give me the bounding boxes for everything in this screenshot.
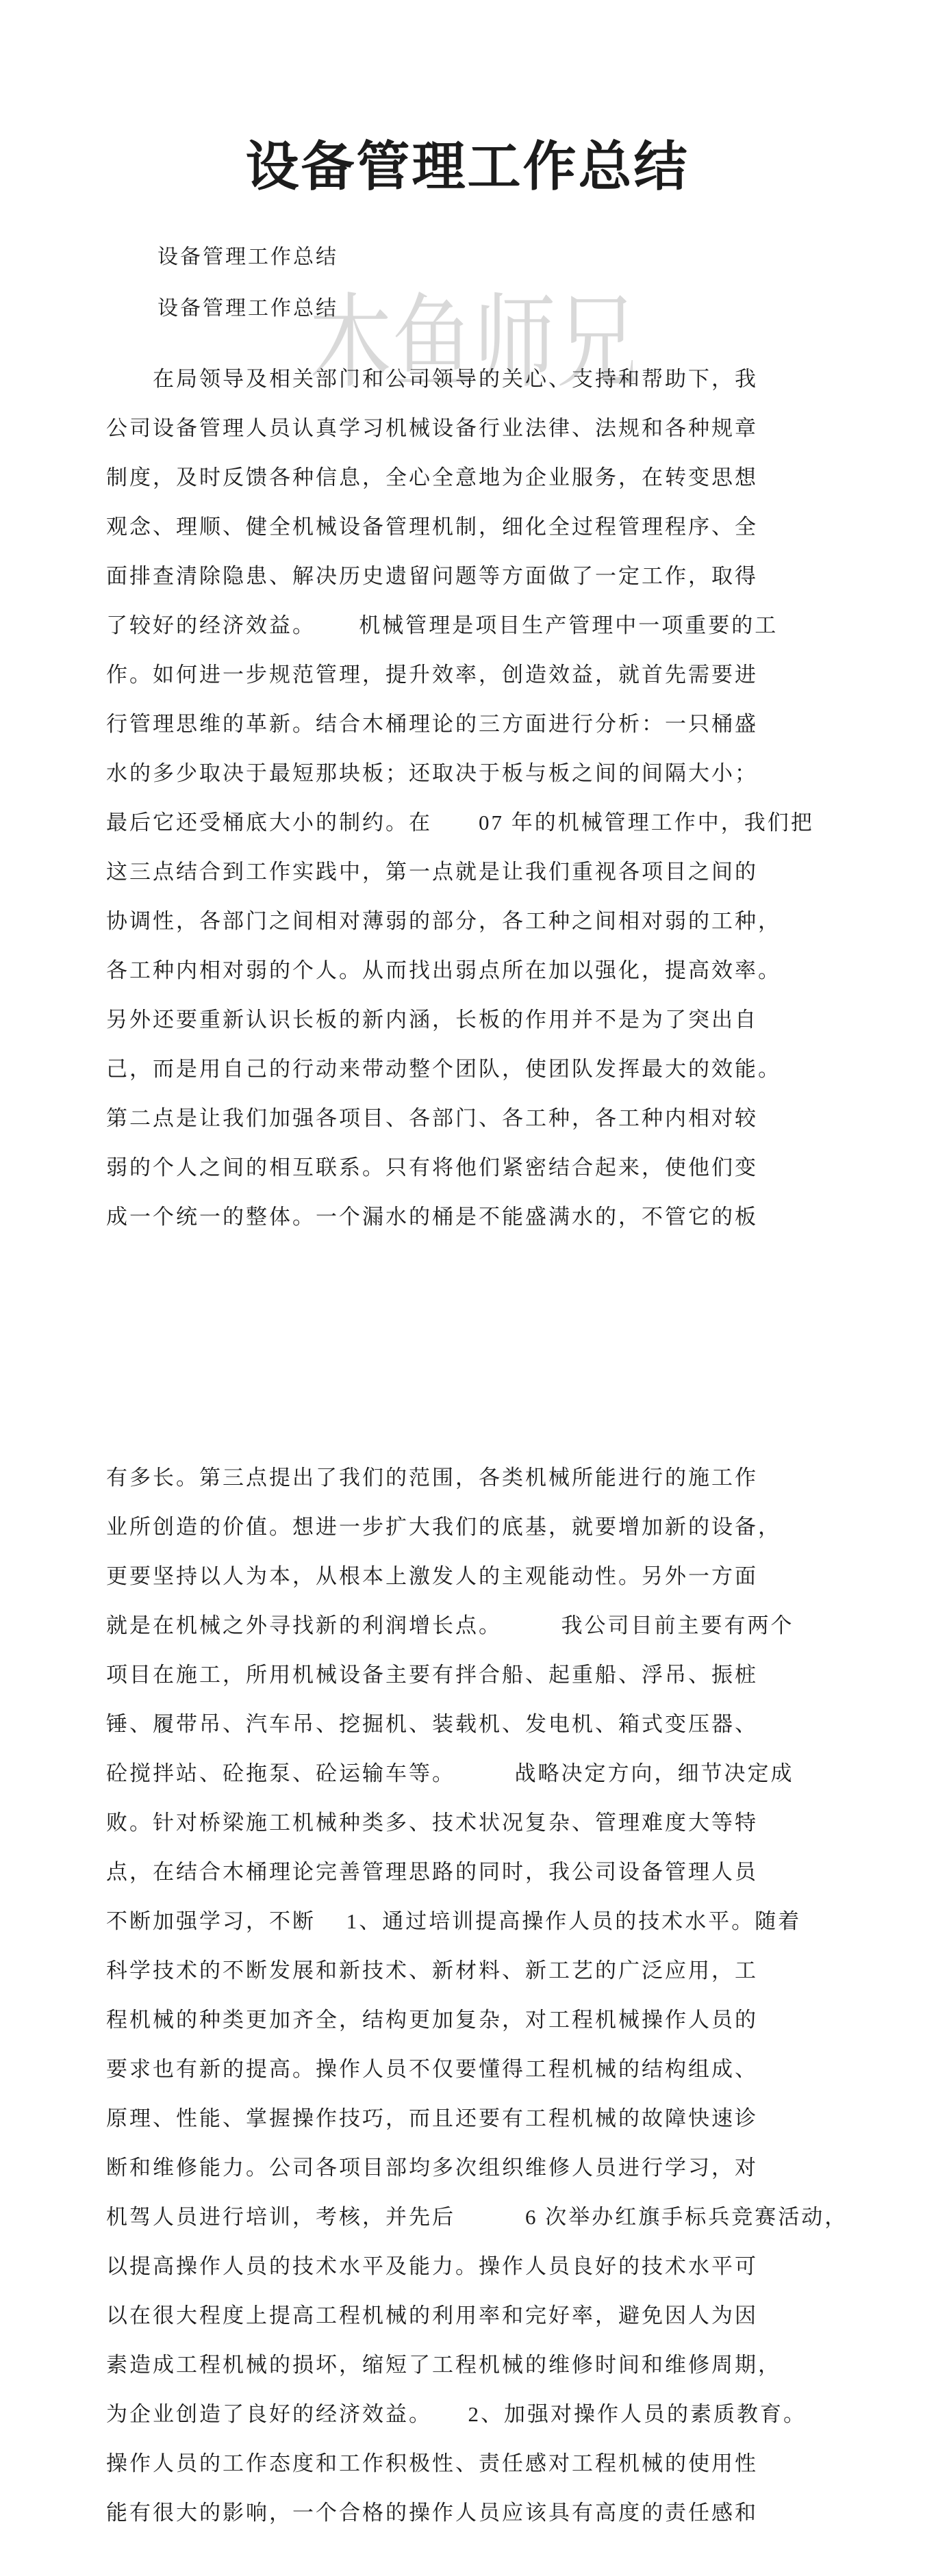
text-line: 项目在施工，所用机械设备主要有拌合船、起重船、浮吊、振桩 <box>106 1650 829 1700</box>
text-line: 断和维修能力。公司各项目部均多次组织维修人员进行学习，对 <box>106 2143 829 2193</box>
text-line: 原理、性能、掌握操作技巧，而且还要有工程机械的故障快速诊 <box>106 2094 829 2143</box>
text-line: 弱的个人之间的相互联系。只有将他们紧密结合起来，使他们变 <box>106 1143 829 1193</box>
text-line: 有多长。第三点提出了我们的范围，各类机械所能进行的施工作 <box>106 1453 829 1503</box>
text-line: 业所创造的价值。想进一步扩大我们的底基，就要增加新的设备， <box>106 1503 829 1552</box>
text-line: 科学技术的不断发展和新技术、新材料、新工艺的广泛应用，工 <box>106 1946 829 1995</box>
text-line: 了较好的经济效益。 机械管理是项目生产管理中一项重要的工 <box>106 601 829 650</box>
text-line: 面排查清除隐患、解决历史遗留问题等方面做了一定工作，取得 <box>106 552 829 601</box>
text-line: 素造成工程机械的损坏，缩短了工程机械的维修时间和维修周期， <box>106 2341 829 2390</box>
text-line: 制度，及时反馈各种信息，全心全意地为企业服务，在转变思想 <box>106 453 829 502</box>
text-line: 这三点结合到工作实践中，第一点就是让我们重视各项目之间的 <box>106 847 829 897</box>
text-line: 协调性，各部门之间相对薄弱的部分，各工种之间相对弱的工种， <box>106 897 829 946</box>
text-line: 为企业创造了良好的经济效益。 2、加强对操作人员的素质教育。 <box>106 2390 829 2439</box>
text-line: 成一个统一的整体。一个漏水的桶是不能盛满水的，不管它的板 <box>106 1193 829 1242</box>
text-line: 程机械的种类更加齐全，结构更加复杂，对工程机械操作人员的 <box>106 1995 829 2045</box>
document-content: 设备管理工作总结 设备管理工作总结 设备管理工作总结 在局领导及相关部门和公司领… <box>0 133 936 2538</box>
subtitle-line-1: 设备管理工作总结 <box>106 242 829 272</box>
text-line: 作。如何进一步规范管理，提升效率，创造效益，就首先需要进 <box>106 650 829 700</box>
text-line: 要求也有新的提高。操作人员不仅要懂得工程机械的结构组成、 <box>106 2045 829 2094</box>
text-line: 行管理思维的革新。结合木桶理论的三方面进行分析：一只桶盛 <box>106 700 829 749</box>
document-page: 木鱼师兄 设备管理工作总结 设备管理工作总结 设备管理工作总结 在局领导及相关部… <box>0 0 936 2576</box>
text-line: 不断加强学习，不断 1、通过培训提高操作人员的技术水平。随着 <box>106 1897 829 1946</box>
text-line: 公司设备管理人员认真学习机械设备行业法律、法规和各种规章 <box>106 404 829 453</box>
text-line: 点，在结合木桶理论完善管理思路的同时，我公司设备管理人员 <box>106 1848 829 1897</box>
text-line: 第二点是让我们加强各项目、各部门、各工种，各工种内相对较 <box>106 1094 829 1143</box>
text-line: 水的多少取决于最短那块板；还取决于板与板之间的间隔大小； <box>106 749 829 798</box>
text-line: 操作人员的工作态度和工作积极性、责任感对工程机械的使用性 <box>106 2439 829 2488</box>
text-line: 最后它还受桶底大小的制约。在 07 年的机械管理工作中，我们把 <box>106 798 829 847</box>
text-line: 己，而是用自己的行动来带动整个团队，使团队发挥最大的效能。 <box>106 1045 829 1094</box>
text-line: 各工种内相对弱的个人。从而找出弱点所在加以强化，提高效率。 <box>106 946 829 995</box>
text-line: 在局领导及相关部门和公司领导的关心、支持和帮助下，我 <box>106 355 829 404</box>
subtitle-line-2: 设备管理工作总结 <box>106 294 829 324</box>
body-paragraph-block-2: 有多长。第三点提出了我们的范围，各类机械所能进行的施工作业所创造的价值。想进一步… <box>106 1453 829 2538</box>
text-line: 砼搅拌站、砼拖泵、砼运输车等。 战略决定方向，细节决定成 <box>106 1749 829 1798</box>
text-line: 另外还要重新认识长板的新内涵，长板的作用并不是为了突出自 <box>106 995 829 1045</box>
text-line: 以提高操作人员的技术水平及能力。操作人员良好的技术水平可 <box>106 2242 829 2291</box>
text-line: 观念、理顺、健全机械设备管理机制，细化全过程管理程序、全 <box>106 502 829 552</box>
text-line: 以在很大程度上提高工程机械的利用率和完好率，避免因人为因 <box>106 2291 829 2341</box>
text-line: 败。针对桥梁施工机械种类多、技术状况复杂、管理难度大等特 <box>106 1798 829 1848</box>
text-line: 更要坚持以人为本，从根本上激发人的主观能动性。另外一方面 <box>106 1552 829 1601</box>
text-line: 能有很大的影响，一个合格的操作人员应该具有高度的责任感和 <box>106 2488 829 2538</box>
body-paragraph-block-1: 在局领导及相关部门和公司领导的关心、支持和帮助下，我公司设备管理人员认真学习机械… <box>106 355 829 1242</box>
text-line: 就是在机械之外寻找新的利润增长点。 我公司目前主要有两个 <box>106 1601 829 1650</box>
document-title: 设备管理工作总结 <box>106 133 829 201</box>
text-line: 锤、履带吊、汽车吊、挖掘机、装载机、发电机、箱式变压器、 <box>106 1700 829 1749</box>
text-line: 机驾人员进行培训，考核，并先后 6 次举办红旗手标兵竞赛活动， <box>106 2193 829 2242</box>
